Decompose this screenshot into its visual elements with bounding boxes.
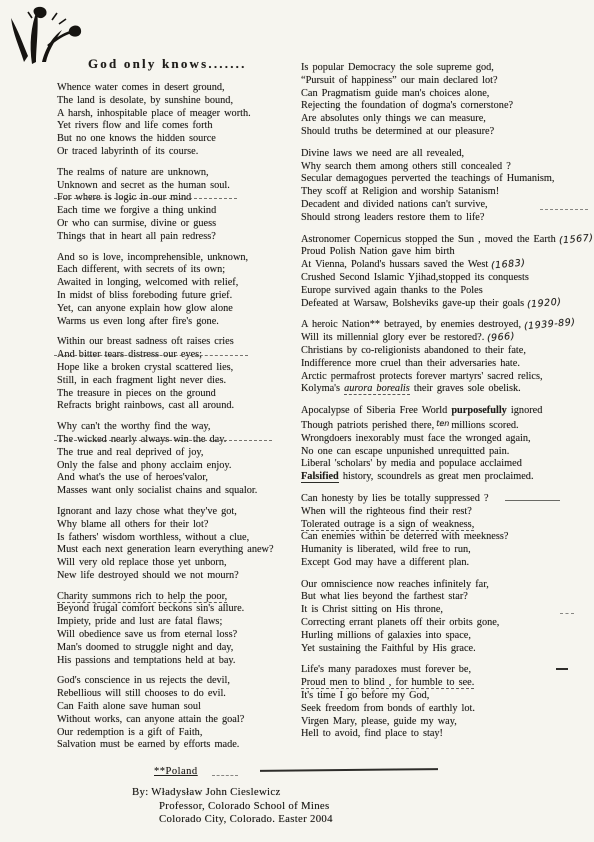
scan-artifact-dash [540,209,588,210]
poem-line: But no one knows the hidden source [57,133,303,146]
poem-line: Hell to avoid, find place to stay! [301,728,594,741]
poem-line: Awaited in longing, welcomed with relief… [57,277,303,290]
poem-line: It is Christ sitting on His throne, [301,604,594,617]
poem-line: Will obedience save us from eternal loss… [57,629,303,642]
poem-line: New life destroyed should we not mourn? [57,570,303,583]
poem-line: It's time I go before my God, [301,690,594,703]
poem-line-text: Kolyma's [301,383,344,394]
poem-line: Each different, with secrets of its own; [57,264,303,277]
poem-line: Salvation must be earned by efforts made… [57,739,303,752]
poem-line: Should truths be determined at our pleas… [301,126,594,139]
poem-line: The treasure in pieces on the ground [57,388,303,401]
scan-artifact-line [505,500,560,501]
poem-line: Rebellious will still chooses to do evil… [57,688,303,701]
poem-line: Still, in each fragment light never dies… [57,375,303,388]
poem-line-underlined: Charity summons rich to help the poor, [57,591,227,603]
poem-line: Virgen Mary, please, guide my way, [301,716,594,729]
poem-line: Crushed Second Islamic Yjihad,stopped it… [301,272,594,285]
poem-line: At Vienna, Poland's hussars saved the We… [301,259,594,272]
poem-line: The land is desolate, by sunshine bound, [57,95,303,108]
poem-line: Secular demagogues perverted the teachin… [301,173,594,186]
poem-line: For where is logic in our mind [57,192,303,205]
poem-line-text: Will its millennial glory ever be restor… [301,332,484,343]
poem-line: Falsified history, scoundrels as great m… [301,471,594,484]
poem-line: Is fathers' wisdom worthless, without a … [57,532,303,545]
poem-line: Each time we forgive a thing unkind [57,205,303,218]
scanned-poem-page: God only knows....... Whence water comes… [0,0,594,842]
poem-line: Warms us even long after fire's gone. [57,316,303,329]
emphasized-word: purposefully [451,405,507,416]
poem-line: Ignorant and lazy chose what they've got… [57,506,303,519]
poem-line-underlined: Proud men to blind , for humble to see. [301,677,474,689]
poem-line: When will the righteous find their rest? [301,506,594,519]
stanza: Life's many paradoxes must forever be, P… [301,664,594,741]
stanza: Divine laws we need are all revealed, Wh… [301,148,594,225]
poem-line: In midst of bliss foreboding future grie… [57,290,303,303]
poem-line: Astronomer Copernicus stopped the Sun , … [301,234,594,247]
poem-line: Can Faith alone save human soul [57,701,303,714]
poem-line-text: At Vienna, Poland's hussars saved the We… [301,259,488,270]
handwritten-insert-ten: ten [436,419,449,428]
stanza: God's conscience in us rejects the devil… [57,675,303,752]
poem-line: Proud Polish Nation gave him birth [301,246,594,259]
poem-line: Beyond frugal comfort beckons sin's allu… [57,603,303,616]
poem-line: Or traced labyrinth of its course. [57,146,303,159]
poem-line-text: ignored [507,405,543,416]
poem-line: The wicked nearly always win the day. [57,434,303,447]
poem-line: His passions and temptations held at bay… [57,655,303,668]
stanza: Our omniscience now reaches infinitely f… [301,579,594,656]
poem-line: Why can't the worthy find the way, [57,421,303,434]
poem-line: Should strong leaders restore them to li… [301,212,594,225]
stanza: Ignorant and lazy chose what they've got… [57,506,303,583]
poem-line: But what lies beyond the farthest star? [301,591,594,604]
poem-line-underlined: Tolerated outrage is a sign of weakness, [301,519,474,531]
poem-line-text: history, scoundrels as great men proclai… [339,471,534,482]
poem-line: A harsh, inhospitable place of meager wo… [57,108,303,121]
scan-artifact-dash [556,668,568,670]
plant-ink-sketch-icon [8,6,96,66]
poem-line: Tolerated outrage is a sign of weakness, [301,519,594,532]
stanza: Can honesty by lies be totally suppresse… [301,493,594,570]
poem-line: Kolyma's aurora borealis their graves so… [301,383,594,396]
poem-line: Without works, can anyone attain the goa… [57,714,303,727]
poem-line: Or who can surmise, divine or guess [57,218,303,231]
poem-line: Only the false and phony acclaim enjoy. [57,460,303,473]
poem-line: And what's the use of heroes'valor, [57,472,303,485]
poem-line: Arctic permafrost protects forever marty… [301,371,594,384]
poem-line-text: Defeated at Warsaw, Bolsheviks gave-up t… [301,298,524,309]
poem-line-text: Though patriots perished there, [301,420,434,431]
poem-line: Europe survived again thanks to the Pole… [301,285,594,298]
poem-line: “Pursuit of happiness” our main declared… [301,75,594,88]
stanza: Why can't the worthy find the way, The w… [57,421,303,498]
poem-line: Indifference more cruel than their adver… [301,358,594,371]
stanza: Charity summons rich to help the poor, B… [57,591,303,668]
emphasized-word: Falsified [301,471,339,483]
author-byline: By: Władysław John Cieslewicz [132,786,333,800]
stanza: Astronomer Copernicus stopped the Sun , … [301,234,594,311]
poem-line: Within our breast sadness oft raises cri… [57,336,303,349]
poem-line: Rejecting the foundation of dogma's corn… [301,100,594,113]
poem-line: Correcting errant planets off their orbi… [301,617,594,630]
poem-line: Is popular Democracy the sole supreme go… [301,62,594,75]
poem-line: Except God may have a different plan. [301,557,594,570]
poem-line-struck: For where is logic in our mind [57,192,191,203]
poem-line: Yet rivers flow and life comes forth [57,120,303,133]
stanza: Apocalypse of Siberia Free World purpose… [301,405,594,484]
poem-line: Whence water comes in desert ground, [57,82,303,95]
stanza: A heroic Nation** betrayed, by enemies d… [301,319,594,396]
poem-line: The realms of nature are unknown, [57,167,303,180]
scan-artifact-dash [212,775,238,776]
poem-line: Can enemies within be deterred with meek… [301,531,594,544]
poem-line: Charity summons rich to help the poor, [57,591,303,604]
poem-line: Humanity is liberated, wild free to run, [301,544,594,557]
poem-line: They scoff at Religion and worship Satan… [301,186,594,199]
poem-line: Christians by co-religionists abandoned … [301,345,594,358]
poem-line-struck: And bitter tears distress our eyes; [57,349,202,360]
poem-line: Divine laws we need are all revealed, [301,148,594,161]
poem-line: Masses want only socialist chains and sq… [57,485,303,498]
handwritten-year-warsaw: (1920) [527,296,563,312]
poland-footnote: **Poland [154,766,198,777]
stanza: The realms of nature are unknown, Unknow… [57,167,303,244]
poem-line-text: millions scored. [451,420,518,431]
scan-artifact-dash [560,613,574,614]
stanza: Is popular Democracy the sole supreme go… [301,62,594,139]
poem-column-right: Is popular Democracy the sole supreme go… [301,62,594,750]
poem-line: Life's many paradoxes must forever be, [301,664,594,677]
poem-line-struck: The wicked nearly always win the day. [57,434,226,445]
poem-line-text: A heroic Nation** betrayed, by enemies d… [301,319,521,330]
poem-line: Our redemption is a gift of Faith, [57,727,303,740]
poem-line: Man's doomed to struggle night and day, [57,642,303,655]
poem-column-left: Whence water comes in desert ground, The… [57,82,303,760]
poem-line: Hurling millions of galaxies into space, [301,630,594,643]
poem-title: God only knows....... [88,56,247,72]
poem-line: Though patriots perished there,tenmillio… [301,418,594,433]
poem-line: Why search them among others still conce… [301,161,594,174]
handwritten-year-restored: (966) [487,331,516,346]
poem-line: Yet sustaining the Faithful by His grace… [301,643,594,656]
poem-line: God's conscience in us rejects the devil… [57,675,303,688]
poem-line: Why blame all others for their lot? [57,519,303,532]
poem-line: Unknown and secret as the human soul. [57,180,303,193]
poem-line: And so is love, incomprehensible, unknow… [57,252,303,265]
author-location-date: Colorado City, Colorado. Easter 2004 [159,813,333,827]
poem-line: Refracts bright rainbows, cast all aroun… [57,400,303,413]
poem-line: The true and real deprived of joy, [57,447,303,460]
poem-line: Will its millennial glory ever be restor… [301,332,594,345]
stanza: Whence water comes in desert ground, The… [57,82,303,159]
poem-line: Must each next generation learn everythi… [57,544,303,557]
poem-line: Apocalypse of Siberia Free World purpose… [301,405,594,418]
poem-line: Things that in heart all pain redress? [57,231,303,244]
poem-line: Can Pragmatism guide man's choices alone… [301,88,594,101]
poem-line-text: Apocalypse of Siberia Free World [301,405,451,416]
poem-line: Yet, can anyone explain how glow alone [57,303,303,316]
poem-line: Wrongdoers inexorably must face the wron… [301,433,594,446]
author-affiliation: Professor, Colorado School of Mines [159,800,333,814]
poem-line: And bitter tears distress our eyes; [57,349,303,362]
stanza: Within our breast sadness oft raises cri… [57,336,303,413]
poem-line: Our omniscience now reaches infinitely f… [301,579,594,592]
poem-line: Hope like a broken crystal scattered lie… [57,362,303,375]
poem-line: Seek freedom from bonds of earthly lot. [301,703,594,716]
poem-line: Impiety, pride and lust are fatal flaws; [57,616,303,629]
poem-line: Defeated at Warsaw, Bolsheviks gave-up t… [301,298,594,311]
poem-line: No one can escape unpunished unrequitted… [301,446,594,459]
latin-phrase: aurora borealis [344,383,410,395]
scan-artifact-line [260,768,438,772]
poem-line: Will very old replace those yet unborn, [57,557,303,570]
author-block: By: Władysław John Cieslewicz Professor,… [132,786,333,827]
poem-line: A heroic Nation** betrayed, by enemies d… [301,319,594,332]
poem-line-text: Astronomer Copernicus stopped the Sun , … [301,234,556,245]
stanza: And so is love, incomprehensible, unknow… [57,252,303,329]
poem-line-text: their graves sole obelisk. [410,383,521,394]
poem-line: Liberal 'scholars' by media and populace… [301,458,594,471]
poem-line: Proud men to blind , for humble to see. [301,677,594,690]
poem-line: Are absolutes only things we can measure… [301,113,594,126]
